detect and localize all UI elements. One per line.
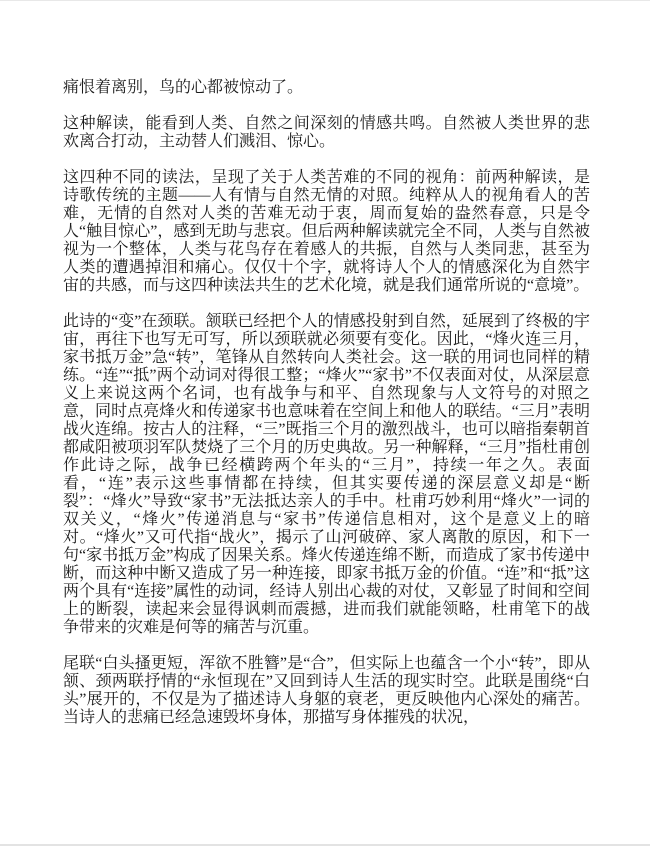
paragraph-3: 这四种不同的读法，呈现了关于人类苦难的不同的视角：前两种解读，是诗歌传统的主题—… (63, 169, 590, 295)
paragraph-2: 这种解读，能看到人类、自然之间深刻的情感共鸣。自然被人类世界的悲欢离合打动，主动… (63, 115, 590, 151)
paragraph-1: 痛恨着离别，鸟的心都被惊动了。 (63, 79, 590, 97)
paragraph-4: 此诗的“变”在颈联。颔联已经把个人的情感投射到自然，延展到了终极的宇宙，再往下也… (63, 313, 590, 637)
text-content: 痛恨着离别，鸟的心都被惊动了。 这种解读，能看到人类、自然之间深刻的情感共鸣。自… (63, 79, 590, 745)
document-page: 痛恨着离别，鸟的心都被惊动了。 这种解读，能看到人类、自然之间深刻的情感共鸣。自… (0, 0, 650, 846)
paragraph-5: 尾联“白头搔更短，浑欲不胜簪”是“合”，但实际上也蕴含一个小“转”，即从颔、颈两… (63, 655, 590, 727)
